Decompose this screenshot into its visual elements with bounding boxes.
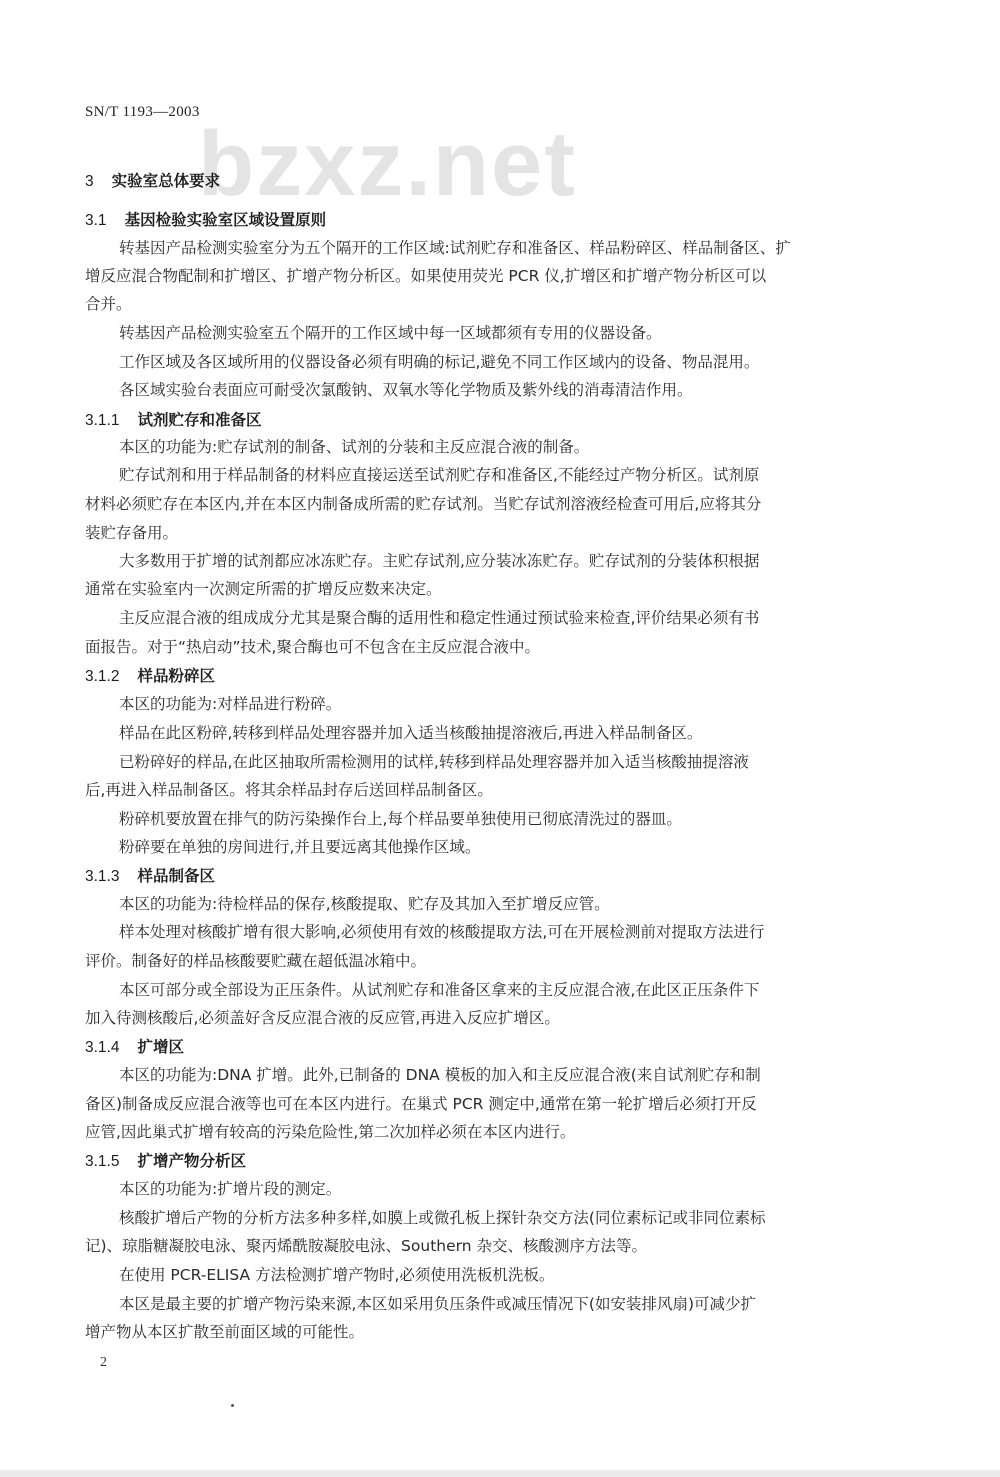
section-title: 基因检验实验室区域设置原则 <box>125 211 327 229</box>
section-number: 3 <box>85 173 94 190</box>
section-heading-3-1-3: 3.1.3样品制备区 <box>85 866 215 887</box>
paragraph-line: 通常在实验室内一次测定所需的扩增反应数来决定。 <box>85 579 442 599</box>
section-heading-3: 3实验室总体要求 <box>85 171 220 192</box>
paragraph-line: 评价。制备好的样品核酸要贮藏在超低温冰箱中。 <box>85 951 426 971</box>
paragraph-line: 合并。 <box>85 294 132 314</box>
paragraph-line: 工作区域及各区域所用的仪器设备必须有明确的标记,避免不同工作区域内的设备、物品混… <box>119 352 759 372</box>
section-title: 扩增产物分析区 <box>137 1152 246 1170</box>
page-number: 2 <box>100 1355 107 1371</box>
section-title: 试剂贮存和准备区 <box>137 411 261 429</box>
paragraph-line: 本区的功能为:扩增片段的测定。 <box>119 1179 341 1199</box>
document-page: SN/T 1193—2003 bzxz.net 3实验室总体要求 3.1基因检验… <box>0 0 1000 1477</box>
page-bottom-edge <box>0 1470 1000 1477</box>
paragraph-line: 样本处理对核酸扩增有很大影响,必须使用有效的核酸提取方法,可在开展检测前对提取方… <box>119 922 764 942</box>
section-number: 3.1.1 <box>85 412 119 429</box>
paragraph-line: 本区可部分或全部设为正压条件。从试剂贮存和准备区拿来的主反应混合液,在此区正压条… <box>119 980 759 1000</box>
section-heading-3-1-1: 3.1.1试剂贮存和准备区 <box>85 410 262 431</box>
section-number: 3.1.2 <box>85 668 119 685</box>
paragraph-line: 后,再进入样品制备区。将其余样品封存后送回样品制备区。 <box>85 780 493 800</box>
paragraph-line: 本区是最主要的扩增产物污染来源,本区如采用负压条件或减压情况下(如安装排风扇)可… <box>119 1294 756 1314</box>
paragraph-line: 记)、琼脂糖凝胶电泳、聚丙烯酰胺凝胶电泳、Southern 杂交、核酸测序方法等… <box>85 1236 647 1256</box>
standard-code: SN/T 1193—2003 <box>85 104 200 121</box>
paragraph-line: 本区的功能为:贮存试剂的制备、试剂的分装和主反应混合液的制备。 <box>119 437 589 457</box>
paragraph-line: 本区的功能为:待检样品的保存,核酸提取、贮存及其加入至扩增反应管。 <box>119 894 610 914</box>
paragraph-line: 在使用 PCR-ELISA 方法检测扩增产物时,必须使用洗板机洗板。 <box>119 1265 554 1285</box>
paragraph-line: 增反应混合物配制和扩增区、扩增产物分析区。如果使用荧光 PCR 仪,扩增区和扩增… <box>85 266 766 286</box>
scan-speck <box>231 1404 234 1407</box>
section-heading-3-1-5: 3.1.5扩增产物分析区 <box>85 1151 246 1172</box>
paragraph-line: 核酸扩增后产物的分析方法多种多样,如膜上或微孔板上探针杂交方法(同位素标记或非同… <box>119 1208 765 1228</box>
paragraph-line: 材料必须贮存在本区内,并在本区内制备成所需的贮存试剂。当贮存试剂溶液经检查可用后… <box>85 494 761 514</box>
paragraph-line: 加入待测核酸后,必须盖好含反应混合液的反应管,再进入反应扩增区。 <box>85 1008 560 1028</box>
paragraph-line: 贮存试剂和用于样品制备的材料应直接运送至试剂贮存和准备区,不能经过产物分析区。试… <box>119 465 759 485</box>
paragraph-line: 本区的功能为:对样品进行粉碎。 <box>119 694 341 714</box>
paragraph-line: 增产物从本区扩散至前面区域的可能性。 <box>85 1322 364 1342</box>
section-heading-3-1-4: 3.1.4扩增区 <box>85 1037 184 1058</box>
paragraph-line: 粉碎要在单独的房间进行,并且要远离其他操作区域。 <box>119 837 480 857</box>
paragraph-line: 本区的功能为:DNA 扩增。此外,已制备的 DNA 模板的加入和主反应混合液(来… <box>119 1065 761 1085</box>
section-title: 扩增区 <box>137 1038 184 1056</box>
watermark: bzxz.net <box>198 118 577 210</box>
section-number: 3.1 <box>85 212 107 229</box>
paragraph-line: 粉碎机要放置在排气的防污染操作台上,每个样品要单独使用已彻底清洗过的器皿。 <box>119 809 682 829</box>
section-title: 实验室总体要求 <box>112 172 221 190</box>
paragraph-line: 转基因产品检测实验室分为五个隔开的工作区域:试剂贮存和准备区、样品粉碎区、样品制… <box>119 238 791 258</box>
paragraph-line: 面报告。对于“热启动”技术,聚合酶也可不包含在主反应混合液中。 <box>85 637 540 657</box>
paragraph-line: 已粉碎好的样品,在此区抽取所需检测用的试样,转移到样品处理容器并加入适当核酸抽提… <box>119 752 749 772</box>
section-heading-3-1-2: 3.1.2样品粉碎区 <box>85 666 215 687</box>
section-number: 3.1.4 <box>85 1039 119 1056</box>
section-number: 3.1.3 <box>85 868 119 885</box>
section-title: 样品粉碎区 <box>137 667 215 685</box>
paragraph-line: 主反应混合液的组成成分尤其是聚合酶的适用性和稳定性通过预试验来检查,评价结果必须… <box>119 608 759 628</box>
paragraph-line: 备区)制备成反应混合液等也可在本区内进行。在巢式 PCR 测定中,通常在第一轮扩… <box>85 1094 757 1114</box>
paragraph-line: 应管,因此巢式扩增有较高的污染危险性,第二次加样必须在本区内进行。 <box>85 1122 575 1142</box>
paragraph-line: 样品在此区粉碎,转移到样品处理容器并加入适当核酸抽提溶液后,再进入样品制备区。 <box>119 723 702 743</box>
section-number: 3.1.5 <box>85 1153 119 1170</box>
paragraph-line: 各区域实验台表面应可耐受次氯酸钠、双氧水等化学物质及紫外线的消毒清洁作用。 <box>119 380 693 400</box>
paragraph-line: 大多数用于扩增的试剂都应冰冻贮存。主贮存试剂,应分装冰冻贮存。贮存试剂的分装体积… <box>119 551 759 571</box>
section-heading-3-1: 3.1基因检验实验室区域设置原则 <box>85 210 326 231</box>
paragraph-line: 转基因产品检测实验室五个隔开的工作区域中每一区域都须有专用的仪器设备。 <box>119 323 662 343</box>
paragraph-line: 装贮存备用。 <box>85 523 178 543</box>
section-title: 样品制备区 <box>137 867 215 885</box>
